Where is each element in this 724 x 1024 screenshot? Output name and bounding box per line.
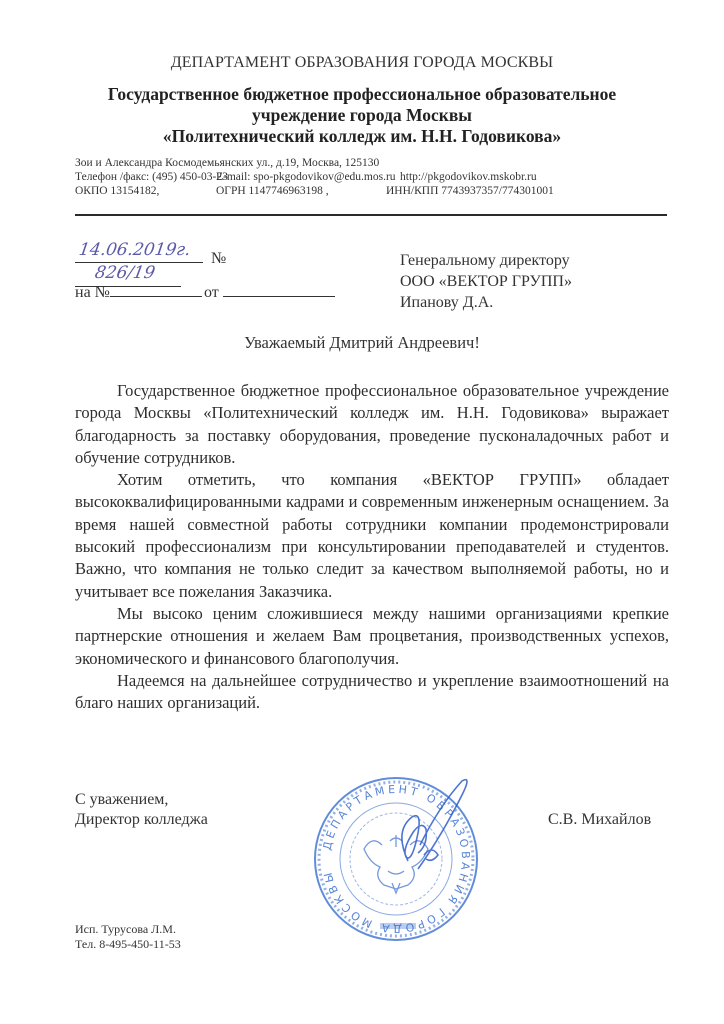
addressee-position: Генеральному директору — [400, 250, 572, 271]
org-name-line-3: «Политехнический колледж им. Н.Н. Годови… — [0, 126, 724, 147]
org-phone: Телефон /факс: (495) 450-03-23 — [75, 170, 228, 184]
paragraph: Мы высоко ценим сложившиеся между нашими… — [75, 603, 669, 670]
svg-text:ДЕПАРТАМЕНТ ОБРАЗОВАНИЯ ГОРОДА: ДЕПАРТАМЕНТ ОБРАЗОВАНИЯ ГОРОДА МОСКВЫ — [320, 783, 472, 935]
paragraph: Государственное бюджетное профессиональн… — [75, 380, 669, 469]
org-inn-kpp: ИНН/КПП 7743937357/774301001 — [386, 184, 554, 198]
addressee-block: Генеральному директору ООО «ВЕКТОР ГРУПП… — [400, 250, 572, 313]
number-sign: № — [211, 250, 226, 267]
letter-body: Государственное бюджетное профессиональн… — [75, 380, 669, 714]
reference-registration: на №от — [75, 278, 335, 302]
signer-name: С.В. Михайлов — [548, 810, 651, 830]
org-website: http://pkgodovikov.mskobr.ru — [400, 170, 537, 184]
letterhead-divider — [75, 214, 667, 216]
paragraph: Надеемся на дальнейшее сотрудничество и … — [75, 670, 669, 715]
date-handwritten: 14.06.2019г. — [78, 240, 192, 260]
org-email: E-mail: spo-pkgodovikov@edu.mos.ru — [216, 170, 396, 184]
addressee-company: ООО «ВЕКТОР ГРУПП» — [400, 271, 572, 292]
paragraph: Хотим отметить, что компания «ВЕКТОР ГРУ… — [75, 469, 669, 603]
org-ogrn: ОГРН 1147746963198 , — [216, 184, 329, 198]
greeting: Уважаемый Дмитрий Андреевич! — [0, 333, 724, 353]
ref-date-field — [223, 278, 335, 297]
org-address: Зои и Александра Космодемьянских ул., д.… — [75, 156, 379, 170]
stamp-icon: ДЕПАРТАМЕНТ ОБРАЗОВАНИЯ ГОРОДА МОСКВЫ — [312, 775, 480, 943]
date-field: 14.06.2019г. — [75, 244, 203, 263]
official-stamp: ДЕПАРТАМЕНТ ОБРАЗОВАНИЯ ГОРОДА МОСКВЫ — [312, 775, 480, 943]
org-okpo: ОКПО 13154182, — [75, 184, 159, 198]
executor-block: Исп. Турусова Л.М. Тел. 8-495-450-11-53 — [75, 922, 181, 952]
ref-number-field — [110, 278, 202, 297]
from-label: от — [204, 284, 219, 301]
closing-phrase: С уважением, — [75, 790, 208, 810]
executor-phone: Тел. 8-495-450-11-53 — [75, 937, 181, 952]
department-title: ДЕПАРТАМЕНТ ОБРАЗОВАНИЯ ГОРОДА МОСКВЫ — [0, 54, 724, 72]
org-name-line-1: Государственное бюджетное профессиональн… — [0, 84, 724, 105]
org-name-line-2: учреждение города Москвы — [0, 105, 724, 126]
closing-block: С уважением, Директор колледжа — [75, 790, 208, 830]
signer-position: Директор колледжа — [75, 810, 208, 830]
executor-name: Исп. Турусова Л.М. — [75, 922, 181, 937]
ref-label: на № — [75, 284, 110, 301]
addressee-name: Ипанову Д.А. — [400, 292, 572, 313]
